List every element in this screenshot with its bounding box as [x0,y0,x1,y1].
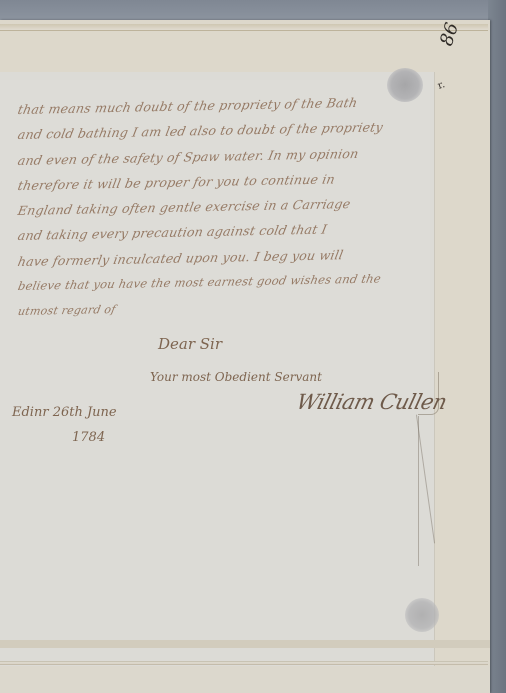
year: 1784 [72,430,105,445]
salutation: Dear Sir [158,335,222,353]
page-bottom-strip [0,640,490,648]
letter-body: that means much doubt of the propriety o… [18,97,438,325]
complimentary-close: Your most Obedient Servant [150,370,322,384]
next-page-edge [0,666,490,693]
page-top-edge [0,24,488,31]
backdrop-top [0,0,506,22]
binding-fold-line [0,661,488,665]
place-date: Edinr 26th June [12,405,117,420]
library-stamp-bottom [405,598,439,632]
backdrop-right [488,0,506,693]
signature: William Cullen [294,390,449,414]
pencil-guide-line [418,416,419,566]
